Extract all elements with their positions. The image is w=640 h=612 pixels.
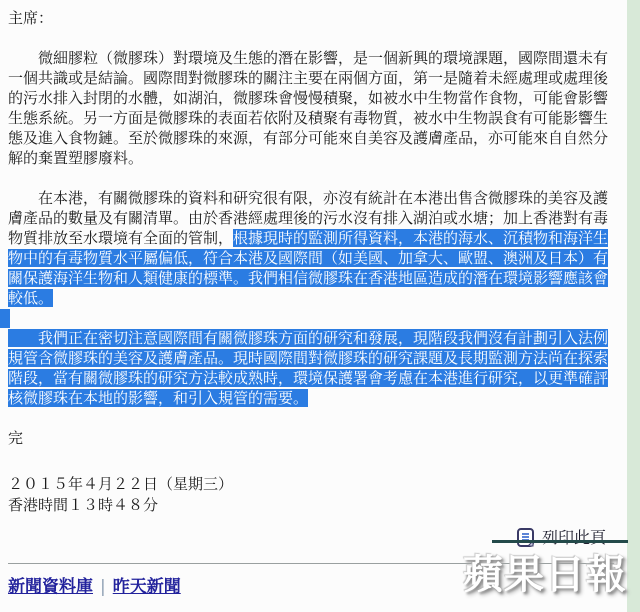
release-time: 香港時間１３時４８分 bbox=[8, 495, 618, 516]
selection-gap-line bbox=[8, 308, 618, 328]
date-block: ２０１５年４月２２日（星期三） 香港時間１３時４８分 bbox=[8, 474, 618, 516]
yesterday-news-link[interactable]: 昨天新聞 bbox=[113, 577, 181, 597]
release-date: ２０１５年４月２２日（星期三） bbox=[8, 474, 618, 495]
paragraph-1-text: 微細膠粒（微膠珠）對環境及生態的潛在影響，是一個新興的環境課題，國際間還未有一個… bbox=[8, 49, 608, 167]
selected-text-paragraph-3: 我們正在密切注意國際間有關微膠珠方面的研究和發展，現階段我們沒有計劃引入法例規管… bbox=[8, 329, 608, 407]
watermark-logo-text: 蘋果日報 bbox=[463, 543, 627, 600]
end-mark: 完 bbox=[8, 428, 618, 448]
link-separator: | bbox=[100, 577, 106, 597]
news-archive-link[interactable]: 新聞資料庫 bbox=[8, 577, 93, 597]
apple-daily-watermark: 蘋果日報 bbox=[463, 543, 627, 600]
paragraph-3: 我們正在密切注意國際間有關微膠珠方面的研究和發展，現階段我們沒有計劃引入法例規管… bbox=[8, 328, 618, 408]
paragraph-2: 在本港，有關微膠珠的資料和研究很有限，亦沒有統計在本港出售含微膠珠的美容及護膚產… bbox=[8, 188, 618, 308]
paragraph-1: 微細膠粒（微膠珠）對環境及生態的潛在影響，是一個新興的環境課題，國際間還未有一個… bbox=[8, 48, 618, 168]
salutation: 主席： bbox=[8, 8, 618, 28]
selection-continuation-bar bbox=[0, 309, 10, 328]
watermark-logo-line bbox=[492, 540, 628, 543]
press-release-document: 主席： 微細膠粒（微膠珠）對環境及生態的潛在影響，是一個新興的環境課題，國際間還… bbox=[0, 0, 640, 612]
